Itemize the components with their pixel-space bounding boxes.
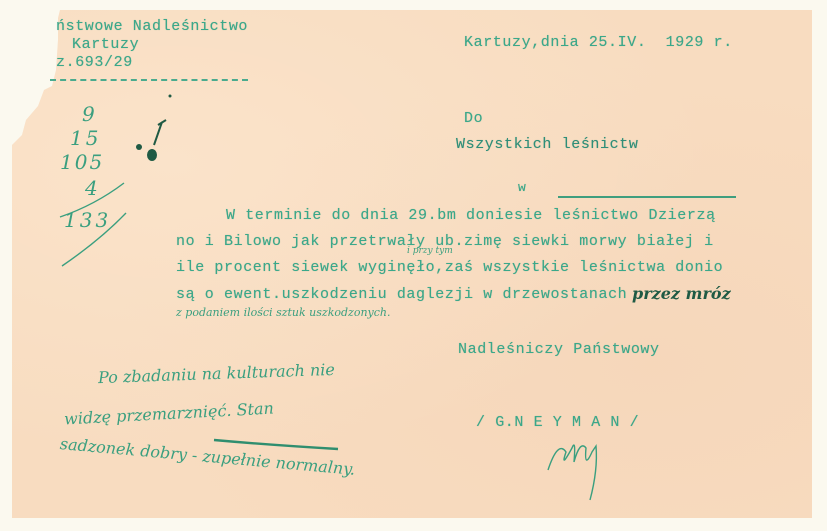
margin-note-underline	[0, 0, 827, 531]
